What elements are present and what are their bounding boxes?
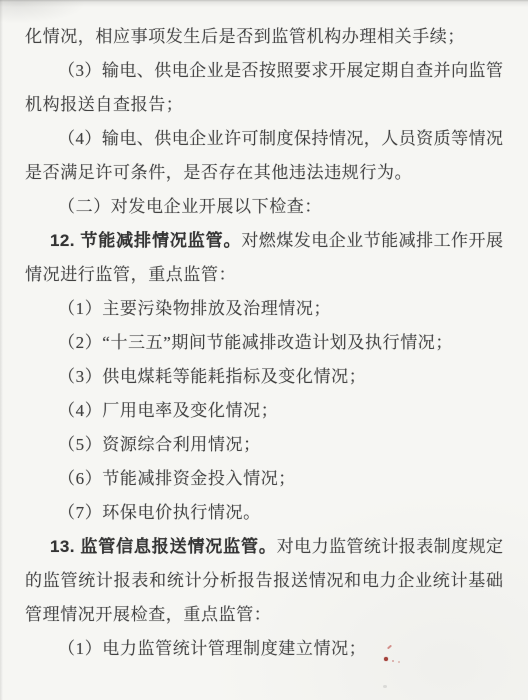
list-item: （1）主要污染物排放及治理情况； <box>25 292 503 326</box>
text-line: 情况进行监管，重点监管： <box>25 258 503 292</box>
line-text: 对燃煤发电企业节能减排工作开展 <box>241 231 503 250</box>
numbered-heading-line: 12. 节能减排情况监管。对燃煤发电企业节能减排工作开展 <box>25 224 503 258</box>
line-text: 对电力监管统计报表制度规定 <box>277 537 503 556</box>
section-heading-line: （二）对发电企业开展以下检查： <box>25 190 503 224</box>
list-item: （7）环保电价执行情况。 <box>25 496 503 530</box>
line-text: （4）厂用电率及变化情况； <box>58 401 278 420</box>
numbered-heading-line: 13. 监管信息报送情况监管。对电力监管统计报表制度规定 <box>25 530 503 564</box>
line-text: （3）供电煤耗等能耗指标及变化情况； <box>58 367 366 386</box>
text-line: （4）输电、供电企业许可制度保持情况，人员资质等情况 <box>25 122 503 156</box>
text-line: 管理情况开展检查，重点监管： <box>25 598 503 632</box>
scan-smudge <box>383 685 387 688</box>
line-text: （2）“十三五”期间节能减排改造计划及执行情况； <box>58 333 453 352</box>
line-text: （1）电力监管统计管理制度建立情况； <box>58 639 366 658</box>
line-text: （5）资源综合利用情况； <box>58 435 261 454</box>
red-ink-speck <box>384 657 388 661</box>
text-line: 机构报送自查报告； <box>25 88 503 122</box>
line-text: （1）主要污染物排放及治理情况； <box>58 299 331 318</box>
red-ink-speck <box>398 661 400 663</box>
line-text: （7）环保电价执行情况。 <box>58 503 261 522</box>
line-text: （6）节能减排资金投入情况； <box>58 469 296 488</box>
line-text: 机构报送自查报告； <box>25 95 183 114</box>
text-line: 是否满足许可条件，是否存在其他违法违规行为。 <box>25 156 503 190</box>
line-text: 情况进行监管，重点监管： <box>25 265 236 284</box>
list-item: （6）节能减排资金投入情况； <box>25 462 503 496</box>
list-item: （1）电力监管统计管理制度建立情况； <box>25 632 503 666</box>
list-item: （3）供电煤耗等能耗指标及变化情况； <box>25 360 503 394</box>
line-text: 的监管统计报表和统计分析报告报送情况和电力企业统计基础 <box>25 571 503 590</box>
document-page: 化情况，相应事项发生后是否到监管机构办理相关手续； （3）输电、供电企业是否按照… <box>0 0 528 700</box>
bold-heading: 13. 监管信息报送情况监管。 <box>50 537 277 556</box>
line-text: 是否满足许可条件，是否存在其他违法违规行为。 <box>25 163 412 182</box>
text-line: 的监管统计报表和统计分析报告报送情况和电力企业统计基础 <box>25 564 503 598</box>
red-ink-speck <box>392 660 394 662</box>
line-text: （二）对发电企业开展以下检查： <box>58 197 322 216</box>
line-text: （3）输电、供电企业是否按照要求开展定期自查并向监管 <box>58 61 503 80</box>
list-item: （2）“十三五”期间节能减排改造计划及执行情况； <box>25 326 503 360</box>
text-line: （3）输电、供电企业是否按照要求开展定期自查并向监管 <box>25 54 503 88</box>
line-text: 管理情况开展检查，重点监管： <box>25 605 271 624</box>
list-item: （5）资源综合利用情况； <box>25 428 503 462</box>
line-text: 化情况，相应事项发生后是否到监管机构办理相关手续； <box>25 27 465 46</box>
bold-heading: 12. 节能减排情况监管。 <box>50 231 241 250</box>
document-body: 化情况，相应事项发生后是否到监管机构办理相关手续； （3）输电、供电企业是否按照… <box>25 20 503 666</box>
list-item: （4）厂用电率及变化情况； <box>25 394 503 428</box>
text-line: 化情况，相应事项发生后是否到监管机构办理相关手续； <box>25 20 503 54</box>
line-text: （4）输电、供电企业许可制度保持情况，人员资质等情况 <box>58 129 503 148</box>
